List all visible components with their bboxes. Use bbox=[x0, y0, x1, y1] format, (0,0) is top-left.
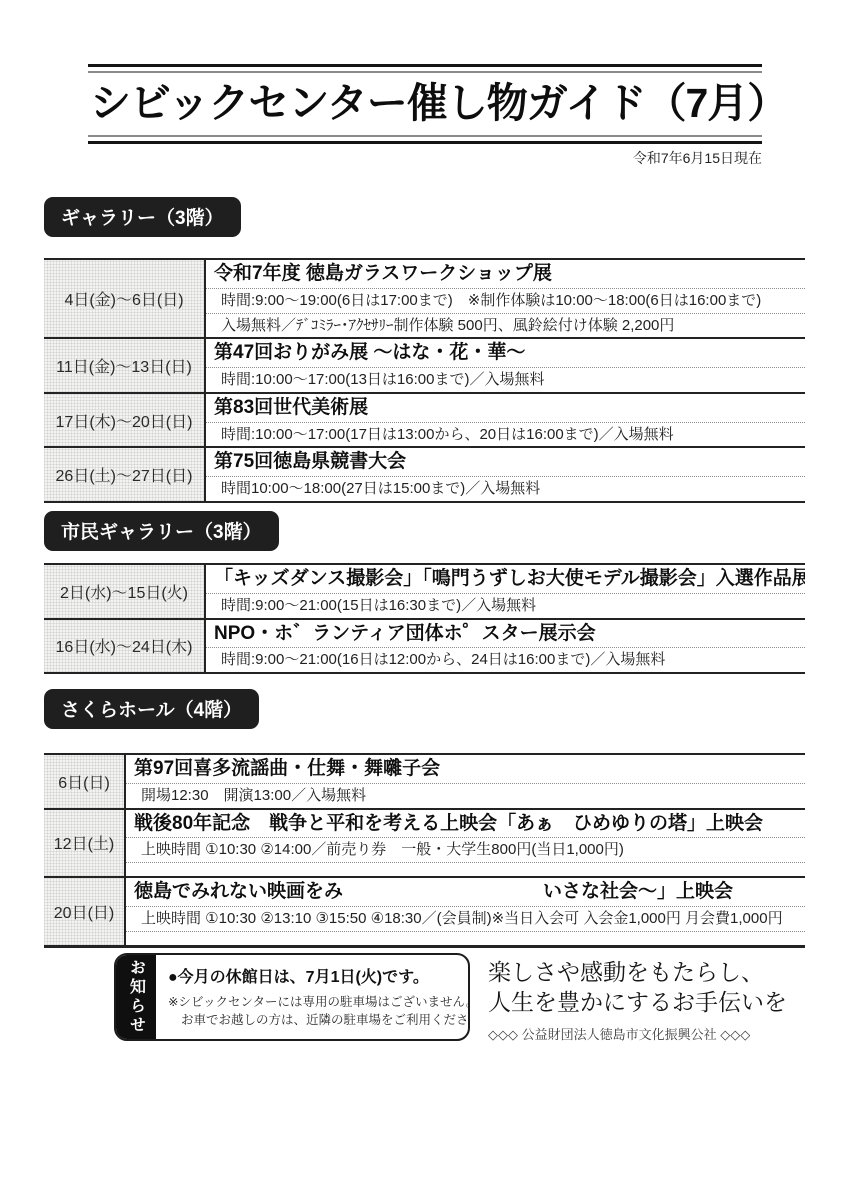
sakura-hall-table: 6日(日) 第97回喜多流謡曲・仕舞・舞囃子会 開場12:30 開演13:00／… bbox=[44, 753, 805, 948]
masthead-rule-bottom bbox=[88, 135, 762, 145]
section-label-sakura-hall: さくらホール（4階） bbox=[44, 689, 259, 729]
event-content: 戦後80年記念 戦争と平和を考える上映会「あぁ ひめゆりの塔」上映会 上映時間 … bbox=[126, 810, 805, 877]
event-title-left: 徳島でみれない映画をみ bbox=[134, 881, 343, 904]
event-date: 16日(水)～24日(木) bbox=[44, 620, 206, 673]
event-date: 11日(金)～13日(日) bbox=[44, 339, 206, 392]
notice-parking-line2: お車でお越しの方は、近隣の駐車場をご利用ください。 bbox=[168, 1012, 470, 1030]
table-row: 20日(日) 徳島でみれない映画をみ いさな社会～」上映会 上映時間 ①10:3… bbox=[44, 878, 805, 945]
event-date: 12日(土) bbox=[44, 810, 126, 877]
event-detail: 時間:9:00～19:00(6日は17:00まで) ※制作体験は10:00～18… bbox=[206, 288, 805, 313]
notice-parking-line1: ※シビックセンターには専用の駐車場はございません。 bbox=[168, 994, 470, 1012]
event-content: 「キッズダンス撮影会」「鳴門うずしお大使モデル撮影会」入選作品展 時間:9:00… bbox=[206, 565, 805, 618]
masthead-rule-top bbox=[88, 64, 762, 74]
event-detail: 時間:9:00～21:00(15日は16:30まで)／入場無料 bbox=[206, 593, 805, 618]
section-label-gallery: ギャラリー（3階） bbox=[44, 197, 241, 237]
event-title: 徳島でみれない映画をみ いさな社会～」上映会 bbox=[126, 878, 805, 906]
spacer-line bbox=[126, 862, 805, 876]
event-content: 第97回喜多流謡曲・仕舞・舞囃子会 開場12:30 開演13:00／入場無料 bbox=[126, 755, 805, 808]
table-row: 12日(土) 戦後80年記念 戦争と平和を考える上映会「あぁ ひめゆりの塔」上映… bbox=[44, 810, 805, 879]
notice-label: お知らせ bbox=[116, 955, 156, 1039]
table-row: 4日(金)～6日(日) 令和7年度 徳島ガラスワークショップ展 時間:9:00～… bbox=[44, 260, 805, 339]
event-detail: 入場無料／ﾃﾞｺﾐﾗｰ･ｱｸｾｻﾘｰ制作体験 500円、風鈴絵付け体験 2,20… bbox=[206, 313, 805, 338]
event-date: 2日(水)～15日(火) bbox=[44, 565, 206, 618]
notice-closed-day: ●今月の休館日は、7月1日(火)です。 bbox=[168, 964, 470, 987]
event-detail: 上映時間 ①10:30 ②14:00／前売り券 一般・大学生800円(当日1,0… bbox=[126, 837, 805, 862]
as-of-date: 令和7年6月15日現在 bbox=[88, 148, 762, 168]
event-content: 第47回おりがみ展 ～はな・花・華～ 時間:10:00～17:00(13日は16… bbox=[206, 339, 805, 392]
event-title: 第47回おりがみ展 ～はな・花・華～ bbox=[206, 339, 805, 367]
slogan-line-1: 楽しさや感動をもたらし、 bbox=[488, 957, 787, 987]
notice-box: お知らせ ●今月の休館日は、7月1日(火)です。 ※シビックセンターには専用の駐… bbox=[114, 953, 470, 1041]
table-row: 6日(日) 第97回喜多流謡曲・仕舞・舞囃子会 開場12:30 開演13:00／… bbox=[44, 755, 805, 810]
table-row: 2日(水)～15日(火) 「キッズダンス撮影会」「鳴門うずしお大使モデル撮影会」… bbox=[44, 565, 805, 620]
event-detail: 時間:10:00～17:00(17日は13:00から、20日は16:00まで)／… bbox=[206, 422, 805, 447]
event-content: 徳島でみれない映画をみ いさな社会～」上映会 上映時間 ①10:30 ②13:1… bbox=[126, 878, 805, 945]
masthead: シビックセンター催し物ガイド（7月） bbox=[88, 64, 762, 145]
slogan-line-2: 人生を豊かにするお手伝いを bbox=[488, 987, 787, 1017]
event-title: 第83回世代美術展 bbox=[206, 394, 805, 422]
event-date: 6日(日) bbox=[44, 755, 126, 808]
event-title: 第75回徳島県競書大会 bbox=[206, 448, 805, 476]
event-title: NPO・ホ゛ランティア団体ホ゜スター展示会 bbox=[206, 620, 805, 648]
event-content: 令和7年度 徳島ガラスワークショップ展 時間:9:00～19:00(6日は17:… bbox=[206, 260, 805, 337]
event-date: 20日(日) bbox=[44, 878, 126, 945]
page-title: シビックセンター催し物ガイド（7月） bbox=[88, 74, 762, 135]
table-row: 17日(木)～20日(日) 第83回世代美術展 時間:10:00～17:00(1… bbox=[44, 394, 805, 449]
event-detail: 開場12:30 開演13:00／入場無料 bbox=[126, 783, 805, 808]
table-row: 16日(水)～24日(木) NPO・ホ゛ランティア団体ホ゜スター展示会 時間:9… bbox=[44, 620, 805, 673]
event-content: NPO・ホ゛ランティア団体ホ゜スター展示会 時間:9:00～21:00(16日は… bbox=[206, 620, 805, 673]
event-detail: 時間10:00～18:00(27日は15:00まで)／入場無料 bbox=[206, 476, 805, 501]
event-title: 戦後80年記念 戦争と平和を考える上映会「あぁ ひめゆりの塔」上映会 bbox=[126, 810, 805, 838]
event-title: 令和7年度 徳島ガラスワークショップ展 bbox=[206, 260, 805, 288]
event-date: 17日(木)～20日(日) bbox=[44, 394, 206, 447]
event-detail: 時間:10:00～17:00(13日は16:00まで)／入場無料 bbox=[206, 367, 805, 392]
event-title-right: いさな社会～」上映会 bbox=[543, 881, 733, 904]
table-row: 11日(金)～13日(日) 第47回おりがみ展 ～はな・花・華～ 時間:10:0… bbox=[44, 339, 805, 394]
event-date: 26日(土)～27日(日) bbox=[44, 448, 206, 501]
table-row: 26日(土)～27日(日) 第75回徳島県競書大会 時間10:00～18:00(… bbox=[44, 448, 805, 501]
section-label-citizens-gallery: 市民ギャラリー（3階） bbox=[44, 511, 279, 551]
notice-body: ●今月の休館日は、7月1日(火)です。 ※シビックセンターには専用の駐車場はござ… bbox=[156, 955, 470, 1039]
gallery-table: 4日(金)～6日(日) 令和7年度 徳島ガラスワークショップ展 時間:9:00～… bbox=[44, 258, 805, 503]
citizens-gallery-table: 2日(水)～15日(火) 「キッズダンス撮影会」「鳴門うずしお大使モデル撮影会」… bbox=[44, 563, 805, 674]
event-date: 4日(金)～6日(日) bbox=[44, 260, 206, 337]
event-title: 第97回喜多流謡曲・仕舞・舞囃子会 bbox=[126, 755, 805, 783]
event-detail: 上映時間 ①10:30 ②13:10 ③15:50 ④18:30／(会員制)※当… bbox=[126, 906, 805, 931]
organization-name: ◇◇◇ 公益財団法人徳島市文化振興公社 ◇◇◇ bbox=[488, 1024, 787, 1043]
event-content: 第83回世代美術展 時間:10:00～17:00(17日は13:00から、20日… bbox=[206, 394, 805, 447]
notice-parking-info: ※シビックセンターには専用の駐車場はございません。 お車でお越しの方は、近隣の駐… bbox=[168, 994, 470, 1029]
footer-slogan: 楽しさや感動をもたらし、 人生を豊かにするお手伝いを ◇◇◇ 公益財団法人徳島市… bbox=[488, 957, 787, 1043]
event-detail: 時間:9:00～21:00(16日は12:00から、24日は16:00まで)／入… bbox=[206, 647, 805, 672]
event-content: 第75回徳島県競書大会 時間10:00～18:00(27日は15:00まで)／入… bbox=[206, 448, 805, 501]
event-guide-page: シビックセンター催し物ガイド（7月） 令和7年6月15日現在 ギャラリー（3階）… bbox=[0, 0, 848, 1200]
event-title: 「キッズダンス撮影会」「鳴門うずしお大使モデル撮影会」入選作品展 bbox=[206, 565, 805, 593]
spacer-line bbox=[126, 931, 805, 945]
